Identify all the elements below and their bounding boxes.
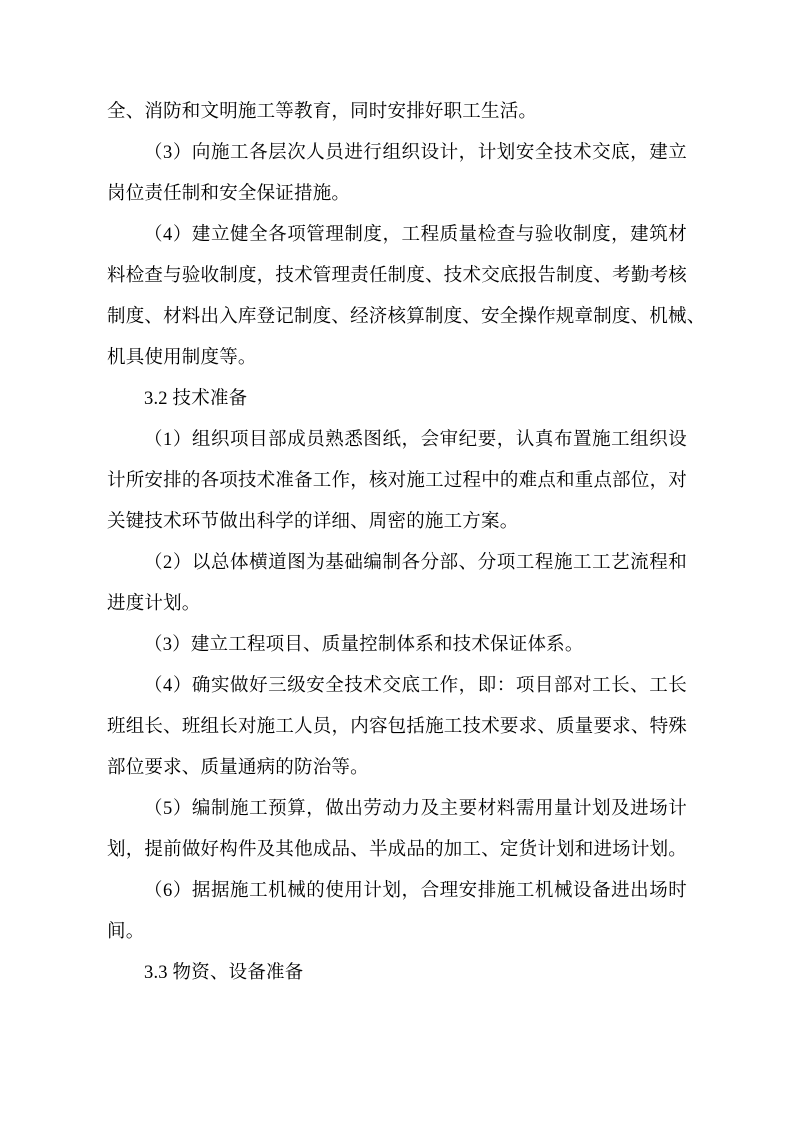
text-line: （5）编制施工预算，做出劳动力及主要材料需用量计划及进场计 <box>107 789 687 830</box>
section-heading-3-3: 3.3 物资、设备准备 <box>107 953 687 994</box>
text-line: 制度、材料出入库登记制度、经济核算制度、安全操作规章制度、机械、 <box>107 297 687 338</box>
text-line: 班组长、班组长对施工人员，内容包括施工技术要求、质量要求、特殊 <box>107 707 687 748</box>
text-line: 全、消防和文明施工等教育，同时安排好职工生活。 <box>107 92 687 133</box>
text-line: 部位要求、质量通病的防治等。 <box>107 748 687 789</box>
text-line: 间。 <box>107 912 687 953</box>
text-line: （1）组织项目部成员熟悉图纸，会审纪要，认真布置施工组织设 <box>107 420 687 461</box>
text-line: 机具使用制度等。 <box>107 338 687 379</box>
document-text-block: 全、消防和文明施工等教育，同时安排好职工生活。 （3）向施工各层次人员进行组织设… <box>107 92 687 994</box>
text-line: （3）向施工各层次人员进行组织设计，计划安全技术交底，建立 <box>107 133 687 174</box>
document-page: 全、消防和文明施工等教育，同时安排好职工生活。 （3）向施工各层次人员进行组织设… <box>0 0 793 1122</box>
section-heading-3-2: 3.2 技术准备 <box>107 379 687 420</box>
text-line: （3）建立工程项目、质量控制体系和技术保证体系。 <box>107 625 687 666</box>
text-line: （6）据据施工机械的使用计划，合理安排施工机械设备进出场时 <box>107 871 687 912</box>
text-line: 计所安排的各项技术准备工作，核对施工过程中的难点和重点部位，对 <box>107 461 687 502</box>
text-line: 划，提前做好构件及其他成品、半成品的加工、定货计划和进场计划。 <box>107 830 687 871</box>
text-line: （4）建立健全各项管理制度，工程质量检查与验收制度，建筑材 <box>107 215 687 256</box>
text-line: 料检查与验收制度，技术管理责任制度、技术交底报告制度、考勤考核 <box>107 256 687 297</box>
text-line: 进度计划。 <box>107 584 687 625</box>
text-line: 岗位责任制和安全保证措施。 <box>107 174 687 215</box>
text-line: （4）确实做好三级安全技术交底工作，即：项目部对工长、工长 <box>107 666 687 707</box>
text-line: 关键技术环节做出科学的详细、周密的施工方案。 <box>107 502 687 543</box>
text-line: （2）以总体横道图为基础编制各分部、分项工程施工工艺流程和 <box>107 543 687 584</box>
